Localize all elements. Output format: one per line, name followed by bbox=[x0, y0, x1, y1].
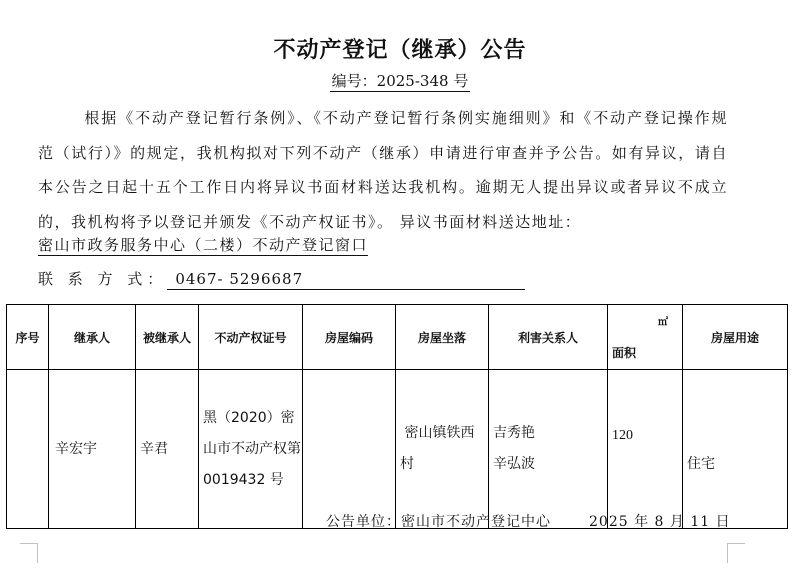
page-corner-marker-left bbox=[20, 543, 38, 563]
table-row: 辛宏宇 辛君 黑（2020）密山市不动产权第 0019432 号 密山镇铁西村 … bbox=[7, 370, 788, 529]
cell-decedent: 辛君 bbox=[136, 370, 199, 529]
header-cert-no: 不动产权证号 bbox=[199, 305, 303, 370]
cell-cert-no: 黑（2020）密山市不动产权第 0019432 号 bbox=[199, 370, 303, 529]
inheritance-table: 序号 继承人 被继承人 不动产权证号 房屋编码 房屋坐落 利害关系人 ㎡ 面积 … bbox=[6, 304, 788, 529]
cell-usage: 住宅 bbox=[683, 370, 788, 529]
document-number: 编号：2025-348 号 bbox=[0, 70, 800, 91]
cell-house-code bbox=[303, 370, 396, 529]
footer: 公告单位：密山市不动产登记中心2025 年 8 月 11 日 bbox=[326, 511, 731, 531]
page-corner-marker-right bbox=[727, 543, 745, 563]
header-area: ㎡ 面积 bbox=[608, 305, 683, 370]
objection-address: 密山市政务服务中心（二楼）不动产登记窗口 bbox=[38, 235, 368, 256]
header-location: 房屋坐落 bbox=[396, 305, 489, 370]
header-interested-parties: 利害关系人 bbox=[489, 305, 608, 370]
interested-party: 吉秀艳 bbox=[493, 418, 607, 449]
cell-area: 120 bbox=[608, 370, 683, 529]
table-header-row: 序号 继承人 被继承人 不动产权证号 房屋编码 房屋坐落 利害关系人 ㎡ 面积 … bbox=[7, 305, 788, 370]
issuer: 公告单位：密山市不动产登记中心 bbox=[326, 514, 551, 530]
header-decedent: 被继承人 bbox=[136, 305, 199, 370]
issue-date: 2025 年 8 月 11 日 bbox=[589, 514, 731, 530]
body-paragraph: 根据《不动产登记暂行条例》、《不动产登记暂行条例实施细则》和《不动产登记操作规范… bbox=[38, 101, 728, 239]
interested-party: 辛弘波 bbox=[493, 449, 607, 480]
contact-label: 联 系 方 式： bbox=[38, 270, 167, 288]
cell-location: 密山镇铁西村 bbox=[396, 370, 489, 529]
area-label: 面积 bbox=[612, 344, 636, 361]
header-heir: 继承人 bbox=[49, 305, 136, 370]
document-number-text: 编号：2025-348 号 bbox=[330, 72, 471, 92]
cell-index bbox=[7, 370, 49, 529]
cell-interested-parties: 吉秀艳 辛弘波 bbox=[489, 370, 608, 529]
contact-line: 联 系 方 式：0467- 5296687 bbox=[38, 269, 525, 290]
page-title: 不动产登记（继承）公告 bbox=[0, 33, 800, 64]
header-house-code: 房屋编码 bbox=[303, 305, 396, 370]
area-unit: ㎡ bbox=[658, 313, 668, 328]
contact-phone: 0467- 5296687 bbox=[167, 269, 525, 290]
header-usage: 房屋用途 bbox=[683, 305, 788, 370]
cell-heir: 辛宏宇 bbox=[49, 370, 136, 529]
header-index: 序号 bbox=[7, 305, 49, 370]
body-paragraph-text: 根据《不动产登记暂行条例》、《不动产登记暂行条例实施细则》和《不动产登记操作规范… bbox=[38, 109, 728, 231]
